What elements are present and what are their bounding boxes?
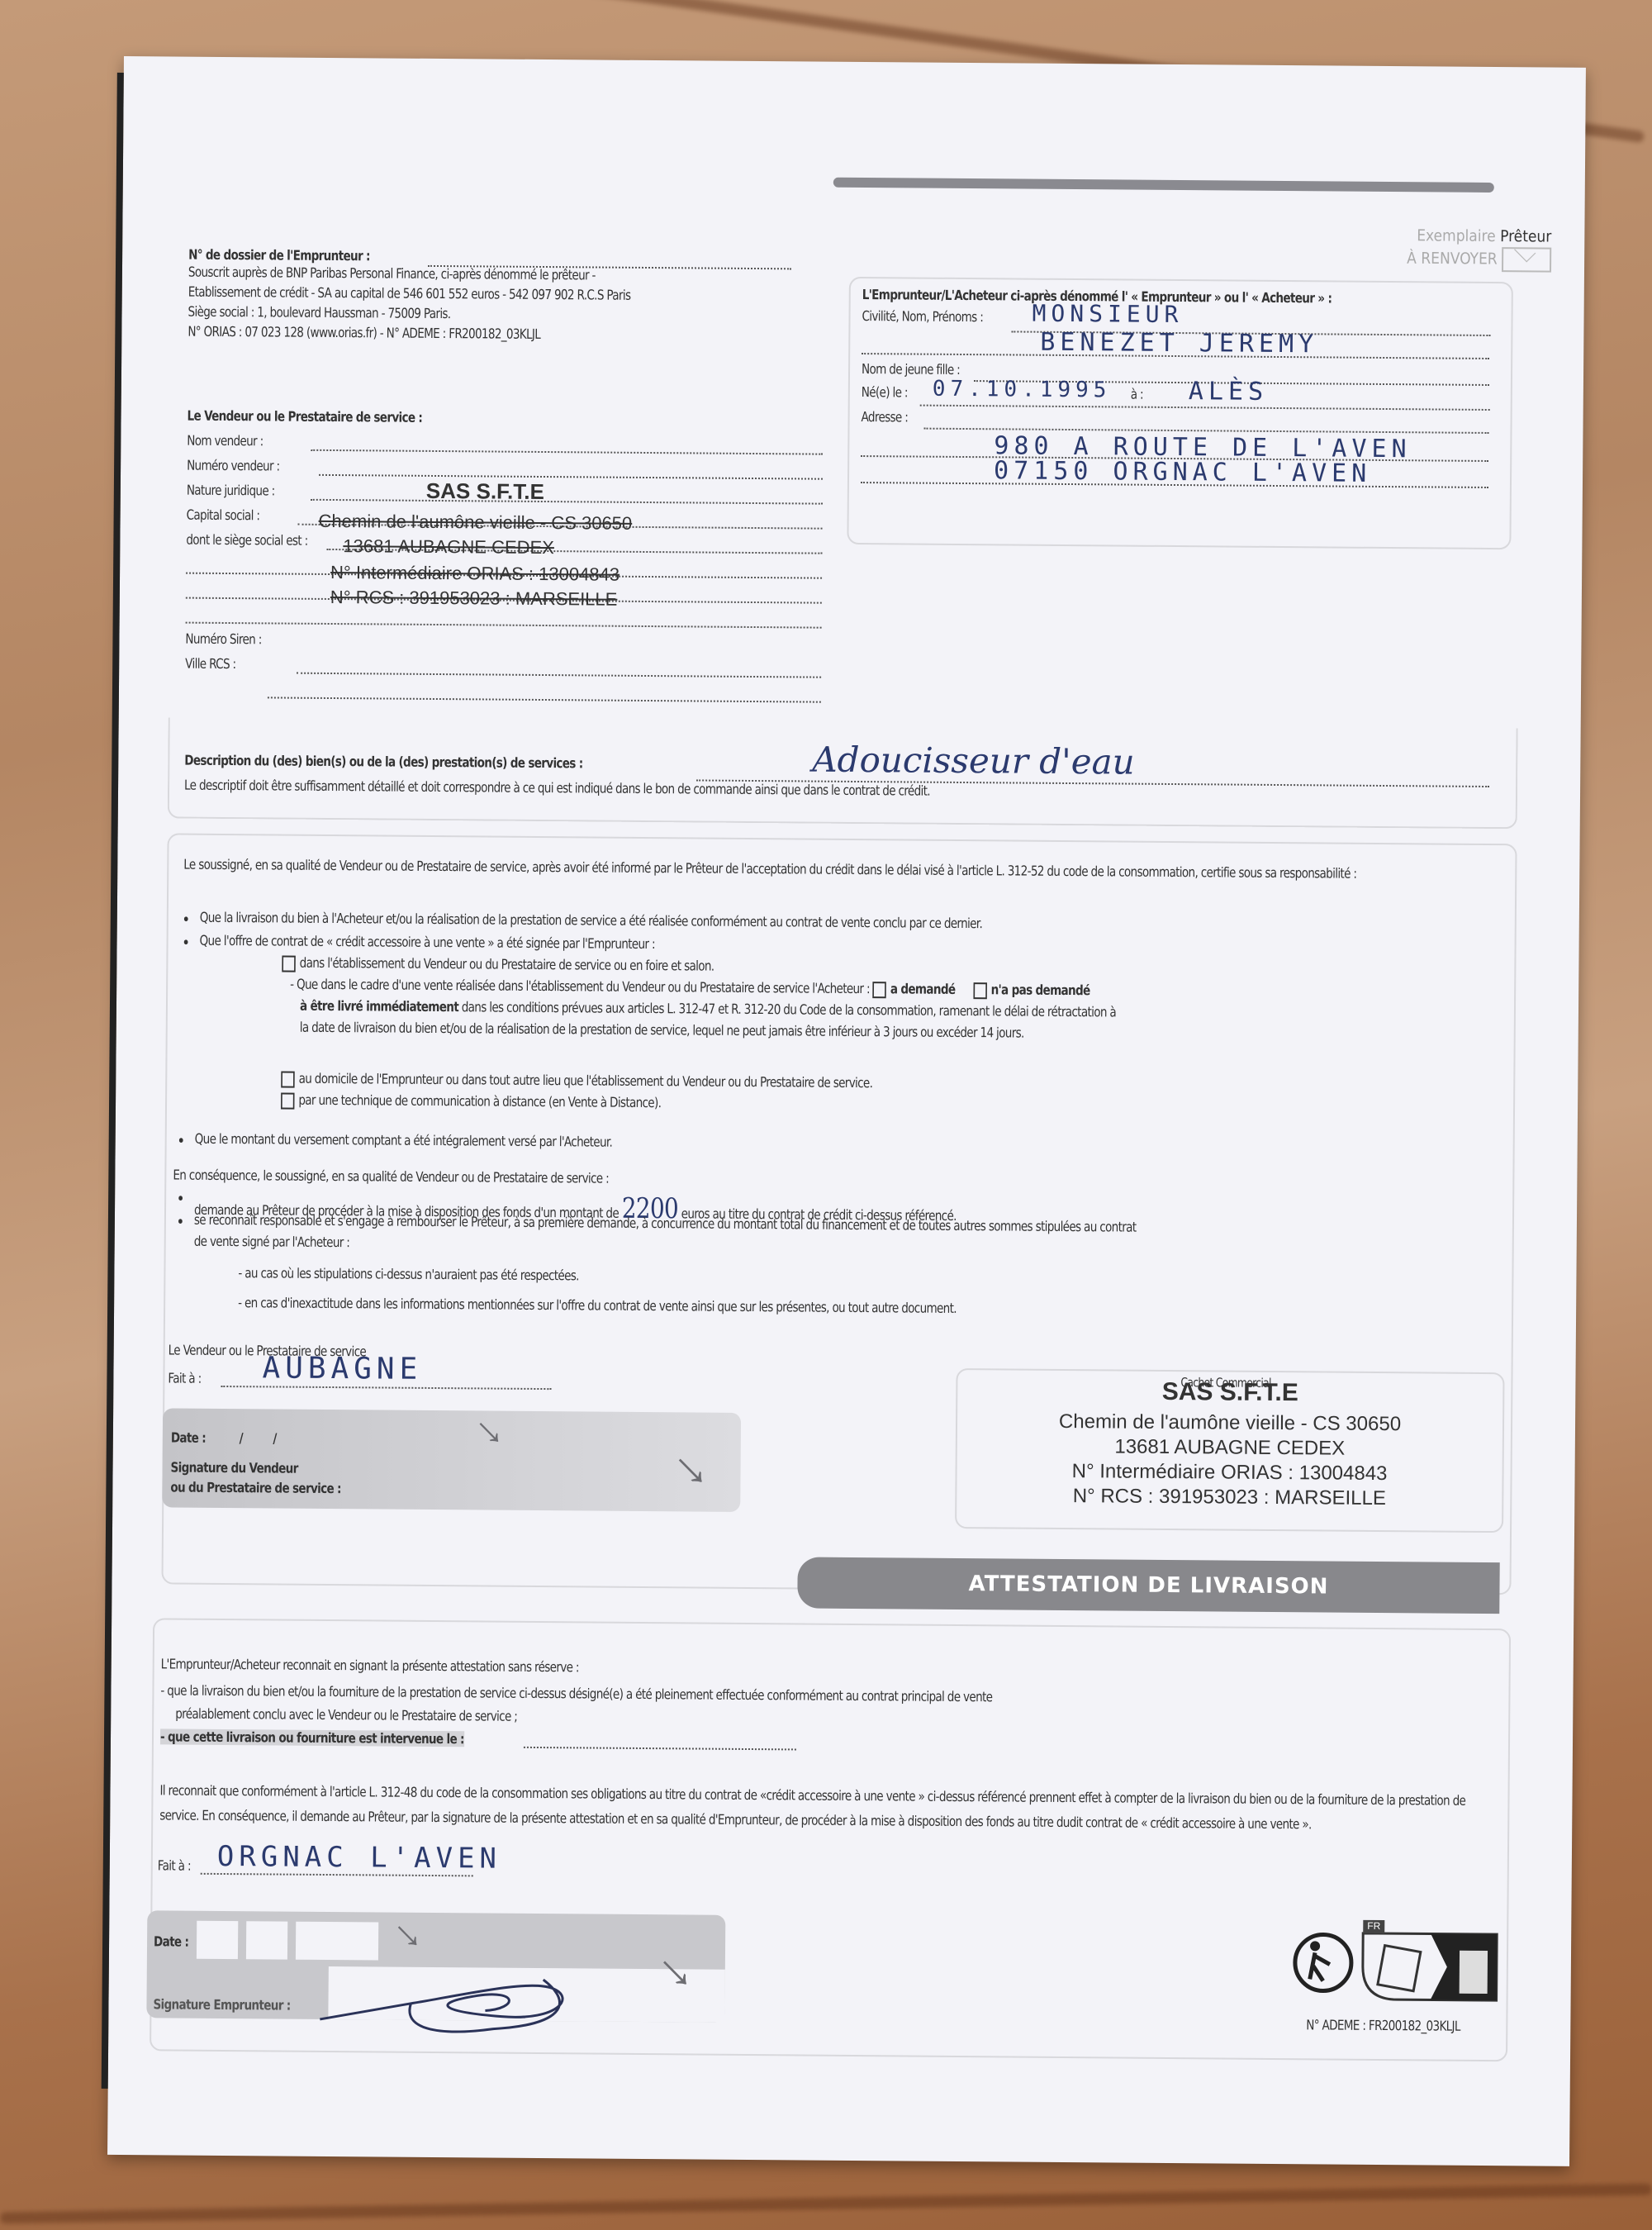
seller-stamp-line1: Chemin de l'aumône vieille - CS 30650 — [318, 511, 632, 535]
borrower-box: L'Emprunteur/L'Acheteur ci-après dénommé… — [847, 277, 1513, 549]
date-day-box[interactable] — [197, 1921, 238, 1959]
arrow-down-left-icon: ↓ — [463, 1405, 513, 1456]
borrower-signature-area[interactable]: Date : Signature Emprunteur : ↓ ↓ — [146, 1910, 725, 2022]
opt-a-demande-label: a demandé — [890, 981, 956, 997]
seller-stamp-line2: 13681 AUBAGNE CEDEX — [343, 535, 554, 559]
livre-bold: à être livré immédiatement — [300, 998, 458, 1015]
attestation-paragraph: Il reconnait que conformément à l'articl… — [159, 1778, 1507, 1838]
lender-block: N° de dossier de l'Emprunteur : Souscrit… — [188, 247, 816, 347]
opt-distance-label: par une technique de communication à dis… — [298, 1092, 661, 1110]
borrower-fait-value[interactable]: ORGNAC L'AVEN — [217, 1840, 501, 1876]
seller-sig-label1: Signature du Vendeur — [171, 1459, 298, 1476]
seller-date-label: Date : — [171, 1429, 206, 1445]
opt-domicile-label: au domicile de l'Emprunteur ou dans tout… — [299, 1071, 873, 1091]
attestation-banner: ATTESTATION DE LIVRAISON — [797, 1557, 1499, 1614]
borrower-fait-label: Fait à : — [158, 1857, 191, 1873]
civility-label: Civilité, Nom, Prénoms : — [862, 308, 983, 325]
description-value[interactable]: Adoucisseur d'eau — [812, 739, 1135, 782]
date-sep: / — [240, 1430, 243, 1446]
birth-place-value[interactable]: ALÈS — [1189, 377, 1269, 407]
header-bar — [833, 178, 1494, 193]
date-sep: / — [273, 1430, 276, 1446]
opt-na-pas-demande-label: n'a pas demandé — [991, 982, 1090, 998]
seller-fait-label: Fait à : — [168, 1370, 201, 1386]
cachet-line4: N° RCS : 391953023 : MARSEILLE — [957, 1484, 1502, 1511]
checkbox-etablissement[interactable] — [282, 955, 296, 972]
checkbox-domicile[interactable] — [281, 1071, 295, 1087]
renvoyer-label: À RENVOYER — [1407, 250, 1498, 269]
checkbox-a-demande[interactable] — [872, 982, 886, 998]
cachet-line2: 13681 AUBAGNE CEDEX — [957, 1434, 1502, 1462]
seller-stamp-name: SAS S.F.T.E — [426, 478, 544, 505]
arrow-down-left-icon: ↓ — [657, 1437, 719, 1499]
birth-date-value[interactable]: 07.10.1995 — [933, 377, 1112, 403]
birth-date-label: Né(e) le : — [862, 384, 908, 400]
recycling-info: FR N° ADEME : FR200182_03KLJL — [1289, 1916, 1505, 2050]
birth-place-label: à : — [1131, 387, 1143, 402]
exemplaire-label: Exemplaire — [1417, 226, 1496, 245]
seller-fait-value[interactable]: AUBAGNE — [262, 1351, 422, 1386]
attestation-p1b: préalablement conclu avec le Vendeur ou … — [175, 1706, 517, 1724]
triman-icon — [1289, 1916, 1505, 2009]
document-page: Exemplaire Prêteur À RENVOYER N° de doss… — [107, 56, 1586, 2166]
address-label: Adresse : — [862, 409, 909, 425]
commercial-stamp-box: Cachet Commercial SAS S.F.T.E Chemin de … — [955, 1368, 1505, 1533]
ademe-number: N° ADEME : FR200182_03KLJL — [1306, 2017, 1460, 2033]
borrower-date-label: Date : — [154, 1933, 188, 1949]
seller-signature-area[interactable]: Date : / / Signature du Vendeur ou du Pr… — [162, 1408, 741, 1511]
borrower-sig-label: Signature Emprunteur : — [153, 1996, 290, 2013]
maiden-name-label: Nom de jeune fille : — [862, 361, 960, 378]
civility-value[interactable]: MONSIEUR — [1032, 300, 1183, 328]
seller-stamp-line3: N° Intermédiaire ORIAS : 13004843 — [330, 562, 619, 586]
copy-indicator: Exemplaire Prêteur À RENVOYER — [1407, 225, 1551, 272]
lender-line4: N° ORIAS : 07 023 128 (www.orias.fr) - N… — [188, 322, 702, 346]
page-edge — [102, 73, 124, 2089]
certification-bullet3: Que le montant du versement comptant a é… — [195, 1131, 613, 1150]
seller-sig-label2: ou du Prestataire de service : — [170, 1479, 341, 1496]
case1-text: - au cas où les stipulations ci-dessus n… — [238, 1265, 579, 1283]
checkbox-distance[interactable] — [281, 1092, 295, 1109]
checkbox-na-pas-demande[interactable] — [973, 982, 987, 999]
cachet-name: SAS S.F.T.E — [957, 1377, 1502, 1409]
signature-scribble — [311, 1945, 593, 2038]
opt-etablissement-label: dans l'établissement du Vendeur ou du Pr… — [300, 955, 714, 974]
envelope-icon — [1502, 247, 1551, 272]
attestation-p2: - que cette livraison ou fourniture est … — [160, 1728, 464, 1747]
attestation-intro: L'Emprunteur/Acheteur reconnait en signa… — [161, 1656, 579, 1675]
triman-badge: FR — [1367, 1920, 1380, 1932]
responsable-text2: de vente signé par l'Acheteur : — [194, 1234, 350, 1250]
seller-stamp-line4: N° RCS : 391953023 : MARSEILLE — [330, 587, 618, 611]
rcs-city-field[interactable] — [268, 697, 821, 702]
date-month-box[interactable] — [246, 1921, 287, 1959]
description-label: Description du (des) bien(s) ou de la (d… — [184, 753, 582, 772]
cachet-line1: Chemin de l'aumône vieille - CS 30650 — [957, 1410, 1502, 1437]
cachet-line3: N° Intermédiaire ORIAS : 13004843 — [957, 1459, 1502, 1486]
